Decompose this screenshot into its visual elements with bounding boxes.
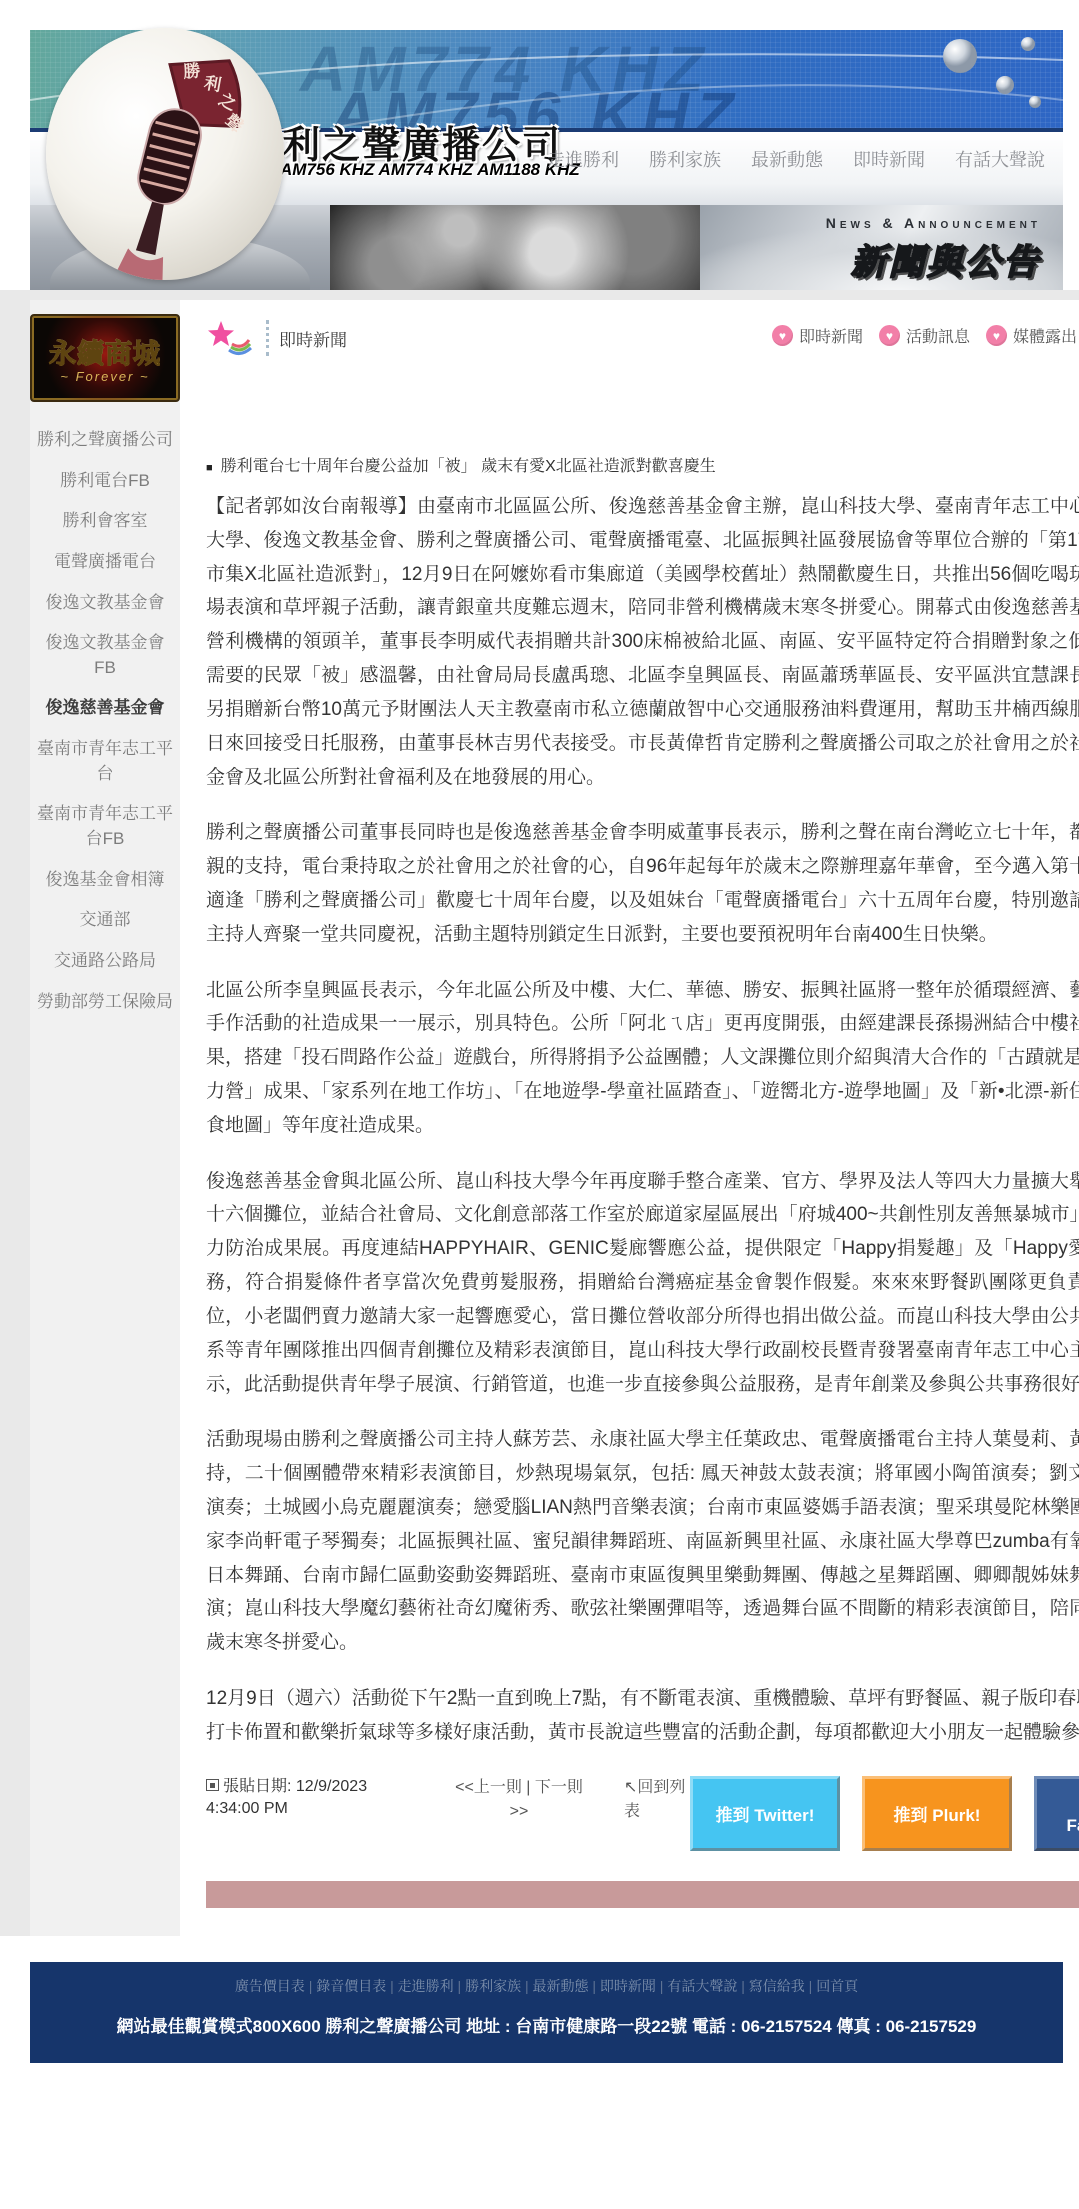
station-logo: 勝 利 之 聲: [46, 28, 284, 280]
article-paragraph: 勝利之聲廣播公司董事長同時也是俊逸慈善基金會李明威董事長表示，勝利之聲在南台灣屹…: [206, 816, 1079, 951]
prev-next-link[interactable]: <<上一則 | 下一則>>: [455, 1779, 583, 1820]
station-logo-disc: 勝 利 之 聲: [46, 28, 284, 280]
sidebar-item-junyi-culture[interactable]: 俊逸文教基金會: [30, 583, 180, 624]
bullet-icon: ■: [206, 462, 213, 474]
article-paragraph: 活動現場由勝利之聲廣播公司主持人蘇芳芸、永康社區大學主任葉政忠、電聲廣播電台主持…: [206, 1423, 1079, 1660]
back-arrow-icon: ↖: [624, 1779, 637, 1796]
sidebar-item-junyi-culture-fb[interactable]: 俊逸文教基金會FB: [30, 623, 180, 688]
article-paragraph: 北區公所李皇興區長表示，今年北區公所及中樓、大仁、華德、勝安、振興社區將一整年於…: [206, 974, 1079, 1143]
sidebar-item-motc[interactable]: 交通部: [30, 900, 180, 941]
footer-link-family[interactable]: 勝利家族: [465, 1978, 532, 1994]
top-nav-news[interactable]: 即時新聞: [853, 146, 925, 172]
back-to-list-bottom: ↖回到列表: [624, 1776, 690, 1824]
sidebar-item-junyi-album[interactable]: 俊逸基金會相簿: [30, 860, 180, 901]
footer-link-news[interactable]: 即時新聞: [600, 1978, 667, 1994]
footer-link-ad-rates[interactable]: 廣告價目表: [235, 1978, 316, 1994]
sidebar-item-victory-lounge[interactable]: 勝利會客室: [30, 501, 180, 542]
section-title: 即時新聞: [279, 326, 347, 351]
top-nav-updates[interactable]: 最新動態: [751, 146, 823, 172]
station-frequencies: AM756 KHZ AM774 KHZ AM1188 KHZ: [280, 160, 580, 180]
star-rainbow-icon: [206, 318, 252, 358]
sidebar-item-victory-fb[interactable]: 勝利電台FB: [30, 461, 180, 502]
footer-gap: [0, 1936, 1079, 1962]
heart-icon: ♥: [986, 325, 1007, 346]
microphone-icon: 勝 利 之 聲: [46, 28, 284, 280]
top-nav-family[interactable]: 勝利家族: [649, 146, 721, 172]
site-header: AM774 KHZ AM756 KHZ: [0, 0, 1079, 290]
heart-icon: ♥: [879, 325, 900, 346]
share-twitter-button[interactable]: 推到 Twitter!: [690, 1776, 840, 1851]
sidebar: 永續商城 ~ Forever ~ 勝利之聲廣播公司 勝利電台FB 勝利會客室 電…: [30, 300, 180, 1936]
article-body: 【記者郭如汝台南報導】由臺南市北區區公所、俊逸慈善基金會主辦，崑山科技大學、臺南…: [206, 490, 1079, 1750]
sidebar-item-labor-insurance[interactable]: 勞動部勞工保險局: [30, 982, 180, 1023]
article-content: 即時新聞 ♥ 即時新聞 ♥ 活動訊息 ♥ 媒體露出 ♥: [180, 300, 1079, 1936]
sidebar-item-youth-platform[interactable]: 臺南市青年志工平台: [30, 729, 180, 794]
article-paragraph: 俊逸慈善基金會與北區公所、崑山科技大學今年再度聯手整合產業、官方、學界及法人等四…: [206, 1165, 1079, 1402]
footer-link-contact[interactable]: 寫信給我: [749, 1978, 816, 1994]
sidebar-item-junyi-charity[interactable]: 俊逸慈善基金會: [30, 688, 180, 729]
dotted-separator: [266, 320, 269, 356]
article-title: ■ 勝利電台七十周年台慶公益加「被」 歲末有愛X北區社造派對歡喜慶生: [206, 453, 1079, 476]
shop-banner-flourish: ~ Forever ~: [60, 369, 149, 384]
section-header: 即時新聞: [206, 318, 347, 358]
post-date: 張貼日期: 12/9/2023 4:34:00 PM: [206, 1776, 396, 1821]
svg-text:利: 利: [202, 72, 223, 95]
footer-link-home[interactable]: 回首頁: [816, 1978, 858, 1994]
footer-info: 網站最佳觀賞模式800X600 勝利之聲廣播公司 地址 : 台南市健康路一段22…: [30, 2012, 1063, 2037]
heart-icon: ♥: [772, 325, 793, 346]
site-footer: 廣告價目表錄音價目表走進勝利勝利家族最新動態即時新聞有話大聲說寫信給我回首頁 網…: [30, 1962, 1063, 2063]
footer-link-updates[interactable]: 最新動態: [533, 1978, 600, 1994]
category-link-news[interactable]: ♥ 即時新聞: [772, 324, 863, 347]
footer-links: 廣告價目表錄音價目表走進勝利勝利家族最新動態即時新聞有話大聲說寫信給我回首頁: [30, 1976, 1063, 1996]
svg-text:勝: 勝: [183, 60, 201, 81]
footer-link-about[interactable]: 走進勝利: [398, 1978, 465, 1994]
banner-photo-crowd: [330, 205, 700, 290]
banner-announcement-panel: News & Announcement 新聞與公告: [700, 205, 1063, 290]
shop-banner[interactable]: 永續商城 ~ Forever ~: [30, 314, 180, 402]
shop-banner-title: 永續商城: [49, 332, 161, 371]
sidebar-item-youth-platform-fb[interactable]: 臺南市青年志工平台FB: [30, 794, 180, 859]
calendar-icon: [206, 1779, 219, 1791]
sidebar-item-victory-radio[interactable]: 勝利之聲廣播公司: [30, 420, 180, 461]
sidebar-item-highway-bureau[interactable]: 交通路公路局: [30, 941, 180, 982]
footer-link-recording-rates[interactable]: 錄音價目表: [316, 1978, 397, 1994]
category-link-media[interactable]: ♥ 媒體露出: [986, 324, 1077, 347]
category-links: ♥ 即時新聞 ♥ 活動訊息 ♥ 媒體露出 ♥ 專訪訊息: [772, 324, 1079, 347]
share-facebook-button[interactable]: 推到 Facebook!: [1034, 1776, 1079, 1851]
back-to-list-top: ↖ 回到列表: [206, 416, 1079, 439]
main-section: 永續商城 ~ Forever ~ 勝利之聲廣播公司 勝利電台FB 勝利會客室 電…: [0, 290, 1079, 1936]
article-paragraph: 12月9日（週六）活動從下午2點一直到晚上7點，有不斷電表演、重機體驗、草坪有野…: [206, 1682, 1079, 1750]
top-nav-about[interactable]: 走進勝利: [547, 146, 619, 172]
page: AM774 KHZ AM756 KHZ: [0, 0, 1079, 2209]
sidebar-menu: 勝利之聲廣播公司 勝利電台FB 勝利會客室 電聲廣播電台 俊逸文教基金會 俊逸文…: [30, 420, 180, 1022]
article-meta-row: 張貼日期: 12/9/2023 4:34:00 PM <<上一則 | 下一則>>…: [206, 1776, 1079, 1851]
top-nav-voice[interactable]: 有話大聲說: [955, 146, 1045, 172]
top-nav: 走進勝利 勝利家族 最新動態 即時新聞 有話大聲說: [547, 146, 1045, 172]
footer-link-voice[interactable]: 有話大聲說: [667, 1978, 748, 1994]
share-plurk-button[interactable]: 推到 Plurk!: [862, 1776, 1012, 1851]
banner-title-en: News & Announcement: [826, 215, 1041, 231]
prev-next-links: <<上一則 | 下一則>>: [454, 1776, 584, 1824]
banner-title-zh: 新聞與公告: [826, 235, 1041, 285]
category-link-events[interactable]: ♥ 活動訊息: [879, 324, 970, 347]
share-buttons: 推到 Twitter! 推到 Plurk! 推到 Facebook!: [690, 1776, 1079, 1851]
article-paragraph: 【記者郭如汝台南報導】由臺南市北區區公所、俊逸慈善基金會主辦，崑山科技大學、臺南…: [206, 490, 1079, 794]
back-home-bar: ↖回首頁: [206, 1881, 1079, 1908]
sidebar-item-diansheng-radio[interactable]: 電聲廣播電台: [30, 542, 180, 583]
